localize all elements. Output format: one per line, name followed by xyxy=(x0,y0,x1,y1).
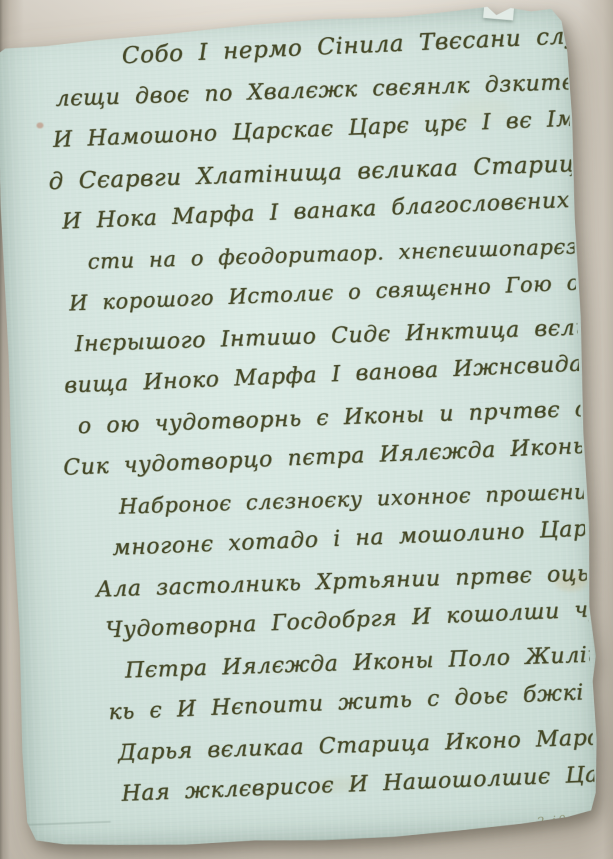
corner-mark: 2 і0 xyxy=(536,812,568,829)
manuscript-text: Собо І нермо Сінила Твєсани слу Андаі Іж… xyxy=(4,27,596,842)
torn-corner xyxy=(483,5,514,20)
paper-sheet: Собо І нермо Сінила Твєсани слу Андаі Іж… xyxy=(0,2,602,851)
manuscript-photo: { "manuscript": { "description_colors": … xyxy=(0,0,613,859)
manuscript-page: Собо І нермо Сінила Твєсани слу Андаі Іж… xyxy=(0,2,602,851)
